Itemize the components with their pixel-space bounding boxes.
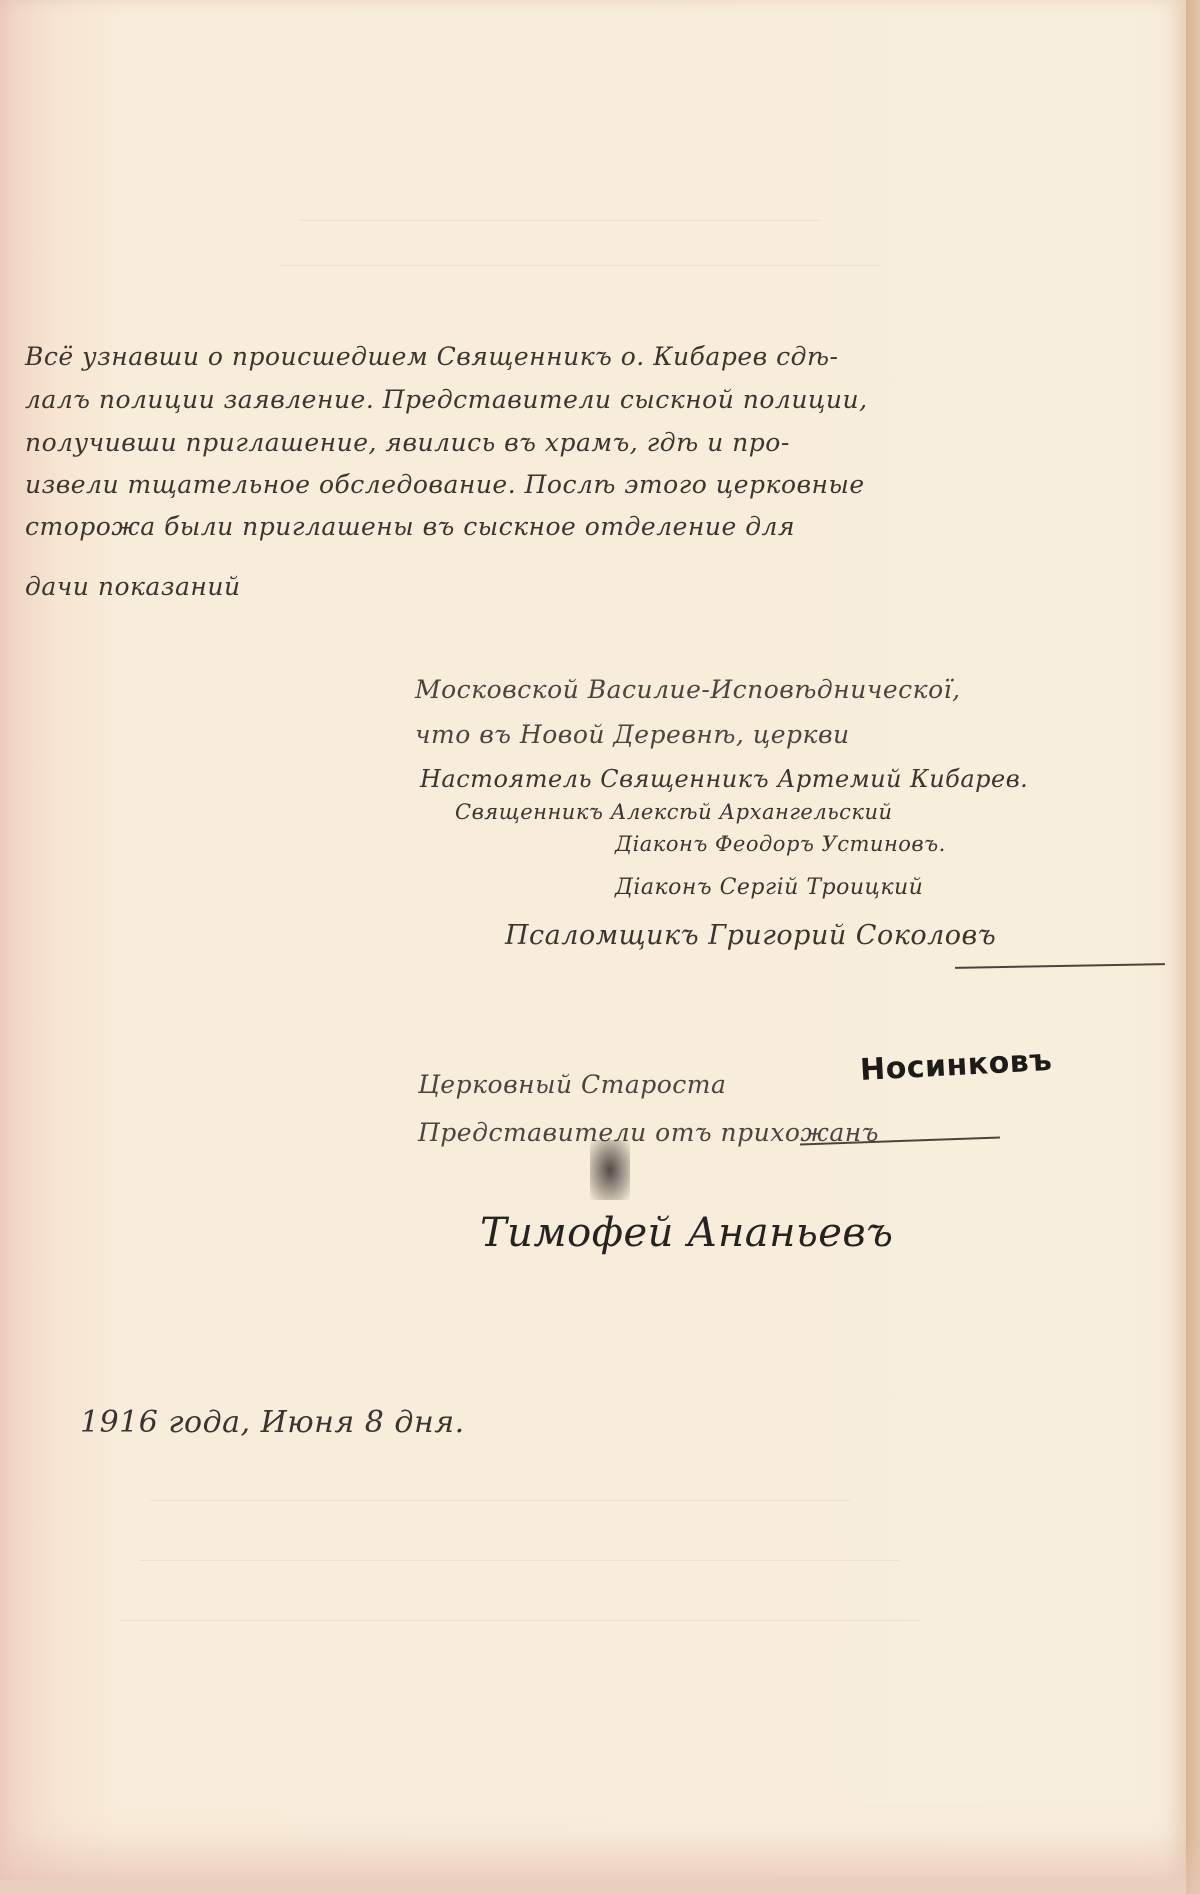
bleed-through-line (120, 1620, 920, 1621)
bleed-through-line (280, 265, 880, 266)
church-location-line: что въ Новой Деревнѣ, церкви (415, 720, 850, 749)
deacon-signature: Діаконъ Феодоръ Устиновъ. (615, 832, 946, 856)
psalmist-signature: Псаломщикъ Григорий Соколовъ (505, 920, 996, 951)
bleed-through-line (140, 1560, 900, 1561)
rector-signature: Настоятель Священникъ Артемий Кибарев. (420, 765, 1028, 793)
paragraph-line: получивши приглашение, явились въ храмъ,… (25, 428, 790, 457)
church-name-line: Московской Василие-Исповѣдническої, (415, 675, 961, 704)
church-warden-label: Церковный Староста (418, 1070, 726, 1099)
ink-smudge (590, 1140, 630, 1200)
paragraph-line: извели тщательное обследование. Послѣ эт… (25, 470, 865, 499)
paragraph-line: лалъ полиции заявление. Представители сы… (25, 385, 868, 414)
document-date: 1916 года, Июня 8 дня. (80, 1405, 465, 1440)
document-page: Всё узнавши о происшедшем Священникъ о. … (0, 0, 1189, 1880)
bleed-through-line (300, 220, 820, 221)
paragraph-line: дачи показаний (25, 572, 241, 601)
deacon-signature: Діаконъ Сергій Троицкий (615, 875, 923, 900)
bleed-through-line (150, 1500, 850, 1501)
paragraph-line: сторожа были приглашены въ сыскное отдел… (25, 512, 795, 541)
paper-bottom-edge (0, 1834, 1200, 1894)
representative-signature: Тимофей Ананьевъ (480, 1210, 893, 1256)
paper-edge (1186, 0, 1200, 1894)
priest-signature: Священникъ Алексѣй Архангельский (455, 800, 893, 824)
paragraph-line: Всё узнавши о происшедшем Священникъ о. … (25, 342, 838, 371)
signature-flourish (955, 963, 1165, 969)
church-warden-signature: Носинковъ (859, 1043, 1053, 1088)
